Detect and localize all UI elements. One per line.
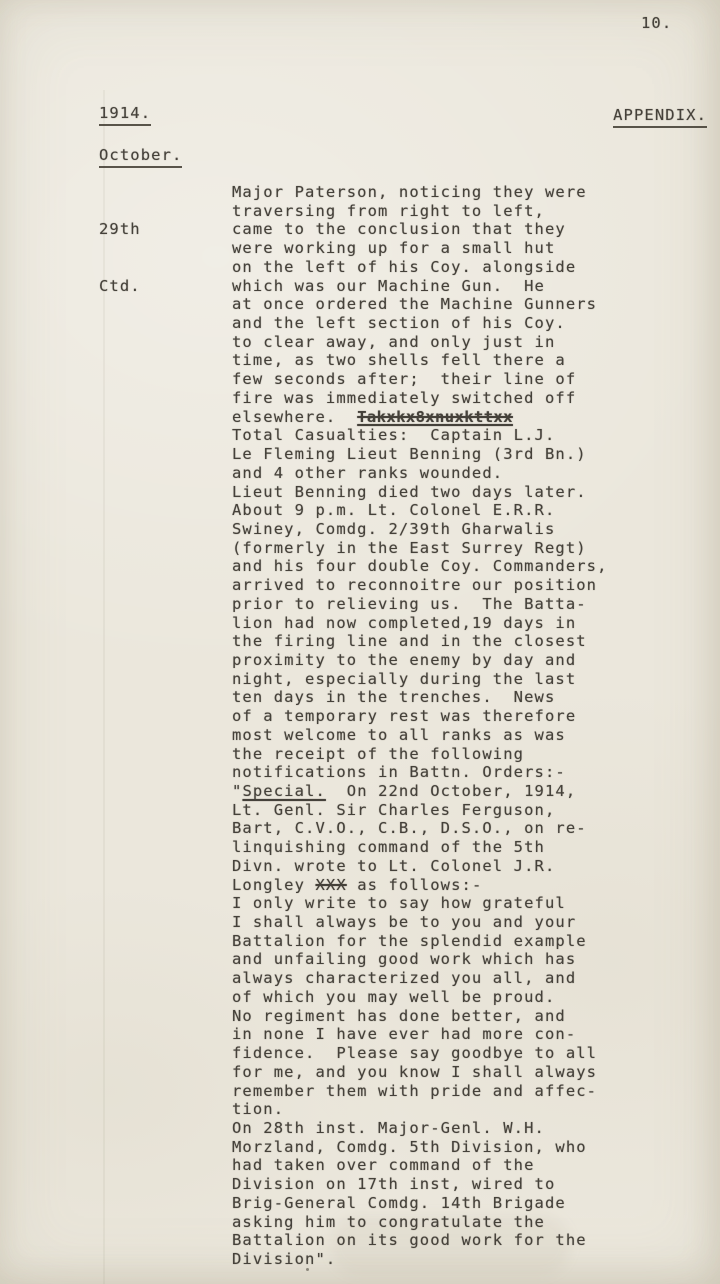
text-segment: most welcome to all ranks as was [232, 726, 566, 744]
body-line: I shall always be to you and your [232, 913, 608, 932]
body-line: and unfailing good work which has [232, 950, 608, 969]
text-segment: the firing line and in the closest [232, 632, 587, 650]
body-line: remember them with pride and affec- [232, 1082, 608, 1101]
body-line: prior to relieving us. The Batta- [232, 595, 608, 614]
body-line: On 28th inst. Major-Genl. W.H. [232, 1119, 608, 1138]
text-segment: fire was immediately switched off [232, 389, 576, 407]
text-segment: " [232, 782, 242, 800]
body-line: the receipt of the following [232, 745, 608, 764]
body-line: at once ordered the Machine Gunners [232, 295, 608, 314]
text-segment: fidence. Please say goodbye to all [232, 1044, 597, 1062]
body-line: fire was immediately switched off [232, 389, 608, 408]
text-segment: of a temporary rest was therefore [232, 707, 576, 725]
text-segment: of which you may well be proud. [232, 988, 555, 1006]
text-segment: On 22nd October, 1914, [326, 782, 576, 800]
text-segment: ten days in the trenches. News [232, 688, 555, 706]
body-line: ten days in the trenches. News [232, 688, 608, 707]
body-line: No regiment has done better, and [232, 1007, 608, 1026]
body-line: arrived to reconnoitre our position [232, 576, 608, 595]
body-line: night, especially during the last [232, 670, 608, 689]
text-segment: prior to relieving us. The Batta- [232, 595, 587, 613]
body-line: Brig-General Comdg. 14th Brigade [232, 1194, 608, 1213]
text-segment-underline: Special. [242, 782, 325, 800]
text-segment: About 9 p.m. Lt. Colonel E.R.R. [232, 501, 555, 519]
body-line: and the left section of his Coy. [232, 314, 608, 333]
page-number: 10. [641, 14, 672, 32]
body-line: were working up for a small hut [232, 239, 608, 258]
text-segment: time, as two shells fell there a [232, 351, 566, 369]
text-segment: I only write to say how grateful [232, 894, 566, 912]
text-segment: which was our Machine Gun. He [232, 277, 545, 295]
body-line: came to the conclusion that they [232, 220, 608, 239]
body-line: few seconds after; their line of [232, 370, 608, 389]
body-line: of which you may well be proud. [232, 988, 608, 1007]
body-line: and his four double Coy. Commanders, [232, 557, 608, 576]
text-segment: elsewhere. [232, 408, 357, 426]
body-line: to clear away, and only just in [232, 333, 608, 352]
body-line: tion. [232, 1100, 608, 1119]
body-line: Division". [232, 1250, 608, 1269]
text-segment: Total Casualties: Captain L.J. [232, 426, 555, 444]
body-line: (formerly in the East Surrey Regt) [232, 539, 608, 558]
text-segment: night, especially during the last [232, 670, 576, 688]
text-segment: came to the conclusion that they [232, 220, 566, 238]
body-line: in none I have ever had more con- [232, 1025, 608, 1044]
text-segment: Swiney, Comdg. 2/39th Gharwalis [232, 520, 555, 538]
text-segment: asking him to congratulate the [232, 1213, 545, 1231]
body-line: had taken over command of the [232, 1156, 608, 1175]
text-segment: for me, and you know I shall always [232, 1063, 597, 1081]
text-segment: Division". [232, 1250, 336, 1268]
body-line: which was our Machine Gun. He [232, 277, 608, 296]
text-segment: Longley [232, 876, 315, 894]
text-segment: notifications in Battn. Orders:- [232, 763, 566, 781]
text-segment: I shall always be to you and your [232, 913, 576, 931]
body-line: always characterized you all, and [232, 969, 608, 988]
body-line: traversing from right to left, [232, 202, 608, 221]
text-segment: remember them with pride and affec- [232, 1082, 597, 1100]
document-page: 10. 1914. APPENDIX. October. 29th Ctd. M… [0, 0, 720, 1284]
body-line: linquishing command of the 5th [232, 838, 608, 857]
body-line: Divn. wrote to Lt. Colonel J.R. [232, 857, 608, 876]
text-segment: traversing from right to left, [232, 202, 545, 220]
body-line: asking him to congratulate the [232, 1213, 608, 1232]
text-segment: Lieut Benning died two days later. [232, 483, 587, 501]
body-line: Major Paterson, noticing they were [232, 183, 608, 202]
text-segment: and his four double Coy. Commanders, [232, 557, 608, 575]
margin-note: 29th Ctd. [99, 183, 141, 333]
text-segment: lion had now completed,19 days in [232, 614, 576, 632]
body-line: lion had now completed,19 days in [232, 614, 608, 633]
body-line: most welcome to all ranks as was [232, 726, 608, 745]
text-segment: Morzland, Comdg. 5th Division, who [232, 1138, 587, 1156]
text-segment: (formerly in the East Surrey Regt) [232, 539, 587, 557]
text-segment: Battalion for the splendid example [232, 932, 587, 950]
text-segment: arrived to reconnoitre our position [232, 576, 597, 594]
body-text: Major Paterson, noticing they weretraver… [232, 183, 608, 1269]
text-segment: No regiment has done better, and [232, 1007, 566, 1025]
text-segment: in none I have ever had more con- [232, 1025, 576, 1043]
body-line: Swiney, Comdg. 2/39th Gharwalis [232, 520, 608, 539]
body-line: I only write to say how grateful [232, 894, 608, 913]
text-segment: had taken over command of the [232, 1156, 535, 1174]
month-heading: October. [99, 146, 182, 168]
text-segment: proximity to the enemy by day and [232, 651, 576, 669]
text-segment: On 28th inst. Major-Genl. W.H. [232, 1119, 545, 1137]
text-segment: Division on 17th inst, wired to [232, 1175, 555, 1193]
text-segment: Battalion on its good work for the [232, 1231, 587, 1249]
text-segment: always characterized you all, and [232, 969, 576, 987]
text-segment: and 4 other ranks wounded. [232, 464, 503, 482]
body-line: Morzland, Comdg. 5th Division, who [232, 1138, 608, 1157]
text-segment: at once ordered the Machine Gunners [232, 295, 597, 313]
text-segment: to clear away, and only just in [232, 333, 555, 351]
text-segment: as follows:- [347, 876, 483, 894]
body-line: proximity to the enemy by day and [232, 651, 608, 670]
text-segment: on the left of his Coy. alongside [232, 258, 576, 276]
body-line: Division on 17th inst, wired to [232, 1175, 608, 1194]
text-segment: Bart, C.V.O., C.B., D.S.O., on re- [232, 819, 587, 837]
text-segment: and unfailing good work which has [232, 950, 576, 968]
text-segment-garble: Takxkx8xnuxkttxx [357, 408, 513, 426]
body-line: Battalion on its good work for the [232, 1231, 608, 1250]
body-line: "Special. On 22nd October, 1914, [232, 782, 608, 801]
body-line: Bart, C.V.O., C.B., D.S.O., on re- [232, 819, 608, 838]
body-line: Total Casualties: Captain L.J. [232, 426, 608, 445]
text-segment: and the left section of his Coy. [232, 314, 566, 332]
text-segment: Brig-General Comdg. 14th Brigade [232, 1194, 566, 1212]
body-line: About 9 p.m. Lt. Colonel E.R.R. [232, 501, 608, 520]
body-line: elsewhere. Takxkx8xnuxkttxx [232, 408, 608, 427]
margin-note-ctd: Ctd. [99, 277, 141, 296]
text-segment-strike: XXX [315, 876, 346, 894]
text-segment: the receipt of the following [232, 745, 524, 763]
appendix-heading: APPENDIX. [613, 106, 707, 128]
body-line: Lt. Genl. Sir Charles Ferguson, [232, 801, 608, 820]
body-line: the firing line and in the closest [232, 632, 608, 651]
text-segment: were working up for a small hut [232, 239, 555, 257]
year-heading: 1914. [99, 104, 151, 126]
text-segment: Major Paterson, noticing they were [232, 183, 587, 201]
text-segment: few seconds after; their line of [232, 370, 576, 388]
body-line: on the left of his Coy. alongside [232, 258, 608, 277]
body-line: and 4 other ranks wounded. [232, 464, 608, 483]
body-line: Battalion for the splendid example [232, 932, 608, 951]
text-segment: Lt. Genl. Sir Charles Ferguson, [232, 801, 555, 819]
text-segment: tion. [232, 1100, 284, 1118]
text-segment: Divn. wrote to Lt. Colonel J.R. [232, 857, 555, 875]
body-line: Le Fleming Lieut Benning (3rd Bn.) [232, 445, 608, 464]
margin-note-day: 29th [99, 220, 141, 239]
body-line: Lieut Benning died two days later. [232, 483, 608, 502]
text-segment: Le Fleming Lieut Benning (3rd Bn.) [232, 445, 587, 463]
body-line: for me, and you know I shall always [232, 1063, 608, 1082]
body-line: Longley XXX as follows:- [232, 876, 608, 895]
body-line: fidence. Please say goodbye to all [232, 1044, 608, 1063]
body-line: of a temporary rest was therefore [232, 707, 608, 726]
body-line: notifications in Battn. Orders:- [232, 763, 608, 782]
body-line: time, as two shells fell there a [232, 351, 608, 370]
text-segment: linquishing command of the 5th [232, 838, 545, 856]
